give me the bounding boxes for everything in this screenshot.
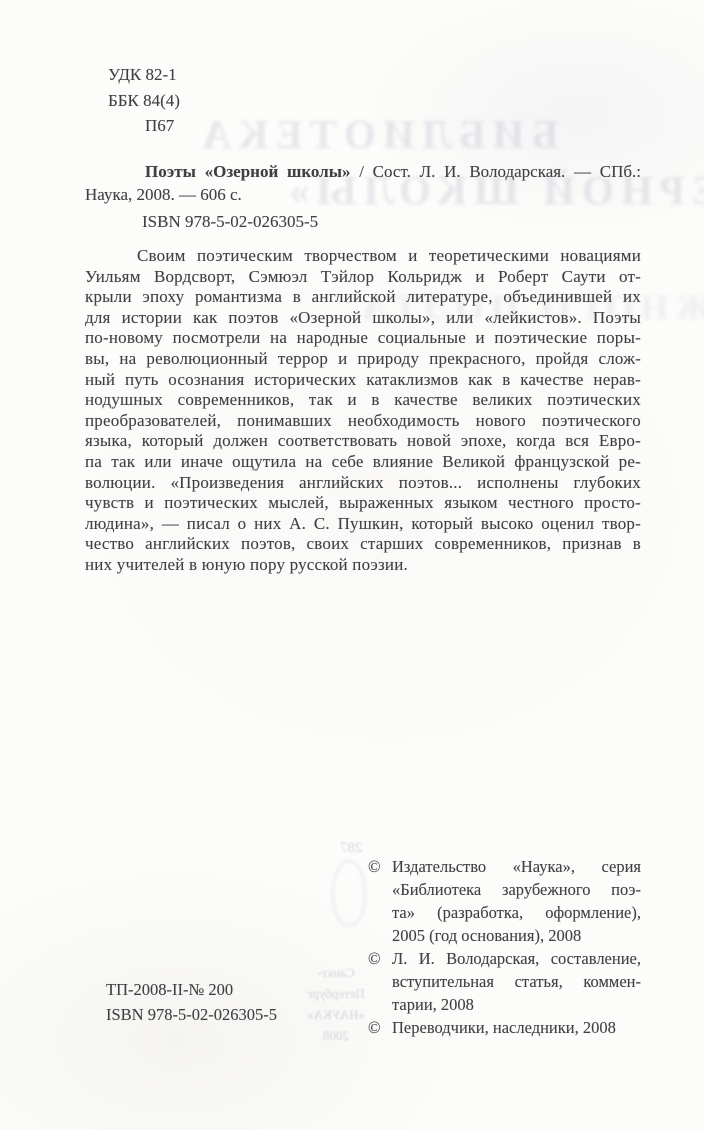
ghost-showthrough-page-number: 287 — [340, 840, 363, 857]
ghost-text-line: 2008 — [296, 1025, 376, 1046]
annotation-line: волюции. «Произведения английских поэтов… — [85, 473, 641, 494]
annotation-line: преобразователей, понимавших необходимос… — [85, 411, 641, 432]
print-order-number: ТП-2008-II-№ 200 — [106, 978, 277, 1003]
annotation-line: чувств и поэтических мыслей, выраженных … — [85, 493, 641, 514]
copyright-text-line: Переводчики, наследники, 2008 — [392, 1016, 641, 1039]
classification-block: УДК 82-1 ББК 84(4) П67 — [108, 62, 180, 139]
annotation-line: чество английских поэтов, своих старших … — [85, 534, 641, 555]
annotation-line: ный путь осознания исторических катаклиз… — [85, 370, 641, 391]
copyright-text-line: тарии, 2008 — [392, 993, 641, 1016]
copyright-text-line: та» (разработка, оформление), — [392, 901, 641, 924]
copyright-icon: © — [368, 947, 381, 970]
bbk-index: ББК 84(4) — [108, 88, 180, 114]
copyright-column: © Издательство «Наука», серия«Библиотека… — [368, 855, 641, 1039]
ghost-text-line: «НАУКА» — [296, 1004, 376, 1025]
biblio-compiler: / Сост. Л. И. Володарская. — СПб.: — [351, 162, 642, 181]
biblio-line-1: Поэты «Озерной школы» / Сост. Л. И. Воло… — [85, 160, 641, 183]
author-sign: П67 — [108, 113, 180, 139]
biblio-line-2: Наука, 2008. — 606 с. — [85, 183, 641, 206]
ghost-text-line: Санкт-Петербург — [296, 962, 376, 1004]
annotation-line: крыли эпоху романтизма в английской лите… — [85, 287, 641, 308]
annotation-paragraph: Своим поэтическим творчеством и теоретич… — [85, 246, 641, 576]
copyright-entry-translators: © Переводчики, наследники, 2008 — [368, 1016, 641, 1039]
bibliographic-record: Поэты «Озерной школы» / Сост. Л. И. Воло… — [85, 160, 641, 206]
annotation-line: Уильям Вордсворт, Сэмюэл Тэйлор Кольридж… — [85, 267, 641, 288]
udk-index: УДК 82-1 — [108, 62, 180, 88]
annotation-line: языка, который должен соответствовать но… — [85, 431, 641, 452]
copyright-icon: © — [368, 1016, 381, 1039]
scanned-book-imprint-page: БИБЛИОТЕКА ПОЭТЫ «ОЗЕРНОЙ ШКОЛЫ» ЗАРУБЕЖ… — [0, 0, 704, 1130]
copyright-translators-lines: Переводчики, наследники, 2008 — [392, 1016, 641, 1039]
copyright-text-line: «Библиотека зарубежного поэ- — [392, 878, 641, 901]
copyright-entry-compiler: © Л. И. Володарская, составление,вступит… — [368, 947, 641, 1016]
ghost-showthrough-publisher-lines: Санкт-Петербург«НАУКА»2008 — [296, 962, 376, 1046]
copyright-text-line: 2005 (год основания), 2008 — [392, 924, 641, 947]
annotation-line: них учителей в юную пору русской поэзии. — [85, 555, 641, 576]
annotation-line: людина», — писал о них А. С. Пушкин, кот… — [85, 514, 641, 535]
annotation-line: вы, на революционный террор и природу пр… — [85, 349, 641, 370]
ghost-showthrough-publisher-emblem — [332, 860, 366, 926]
annotation-line: нодушных современников, так и в качестве… — [85, 390, 641, 411]
copyright-text-line: Издательство «Наука», серия — [392, 855, 641, 878]
annotation-line: Своим поэтическим творчеством и теоретич… — [85, 246, 641, 267]
imprint-left-block: ТП-2008-II-№ 200 ISBN 978-5-02-026305-5 — [106, 978, 277, 1027]
copyright-entry-publisher: © Издательство «Наука», серия«Библиотека… — [368, 855, 641, 947]
copyright-text-line: вступительная статья, коммен- — [392, 970, 641, 993]
copyright-icon: © — [368, 855, 381, 878]
copyright-text-line: Л. И. Володарская, составление, — [392, 947, 641, 970]
book-title: Поэты «Озерной школы» — [145, 162, 351, 181]
isbn-number-top: ISBN 978-5-02-026305-5 — [142, 212, 318, 232]
isbn-number-bottom: ISBN 978-5-02-026305-5 — [106, 1003, 277, 1028]
annotation-line: для истории как поэтов «Озерной школы», … — [85, 308, 641, 329]
copyright-publisher-lines: Издательство «Наука», серия«Библиотека з… — [392, 855, 641, 947]
ghost-showthrough-series-title: БИБЛИОТЕКА — [195, 110, 558, 158]
copyright-compiler-lines: Л. И. Володарская, составление,вступител… — [392, 947, 641, 1016]
annotation-line: по-новому посмотрели на народные социаль… — [85, 328, 641, 349]
annotation-line: па так или иначе ощутила на себе влияние… — [85, 452, 641, 473]
